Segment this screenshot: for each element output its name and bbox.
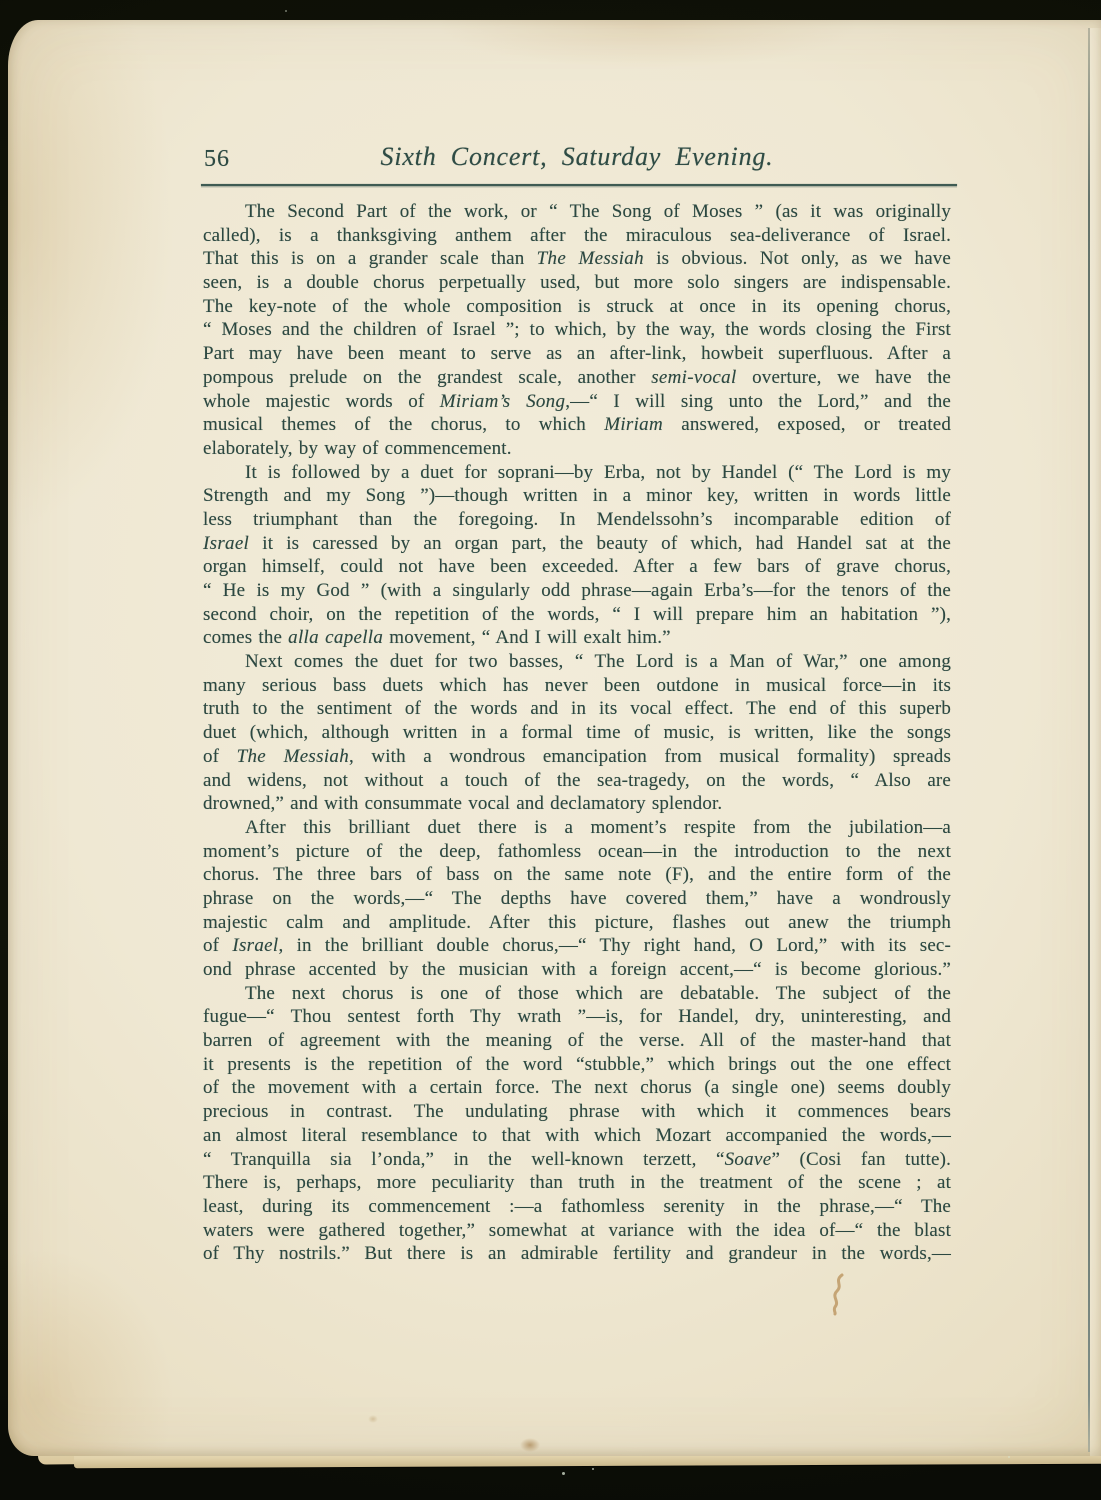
stain-soft: [368, 1415, 378, 1423]
text-line: comes the alla capella movement, “ And I…: [203, 626, 951, 650]
text-line: called), is a thanksgiving anthem after …: [203, 224, 951, 248]
book-page: 56 Sixth Concert, Saturday Evening. The …: [8, 20, 1101, 1456]
text-line: “ Moses and the children of Israel ”; to…: [203, 318, 951, 342]
text-line: It is followed by a duet for soprani—by …: [203, 461, 951, 485]
stain-spot: [520, 1438, 540, 1452]
text-line: duet (which, although written in a forma…: [203, 721, 951, 745]
text-line: moment’s picture of the deep, fathomless…: [203, 840, 951, 864]
text-line: many serious bass duets which has never …: [203, 674, 951, 698]
text-line: musical themes of the chorus, to which M…: [203, 413, 951, 437]
text-line: less triumphant than the foregoing. In M…: [203, 508, 951, 532]
header-rule: [201, 184, 957, 186]
text-line: drowned,” and with consummate vocal and …: [203, 792, 951, 816]
text-line: “ He is my God ” (with a singularly odd …: [203, 579, 951, 603]
text-line: After this brilliant duet there is a mom…: [203, 816, 951, 840]
text-line: Israel it is caressed by an organ part, …: [203, 532, 951, 556]
text-line: an almost literal resemblance to that wi…: [203, 1124, 951, 1148]
text-line: Next comes the duet for two basses, “ Th…: [203, 650, 951, 674]
text-line: Strength and my Song ”)—though written i…: [203, 484, 951, 508]
text-line: organ himself, could not have been excee…: [203, 555, 951, 579]
text-line: That this is on a grander scale than The…: [203, 247, 951, 271]
text-line: elaborately, by way of commencement.: [203, 437, 951, 461]
text-line: fugue—“ Thou sentest forth Thy wrath ”—i…: [203, 1005, 951, 1029]
text-line: The key-note of the whole composition is…: [203, 295, 951, 319]
text-line: pompous prelude on the grandest scale, a…: [203, 366, 951, 390]
dust-speck: [285, 10, 287, 12]
text-line: waters were gathered together,” somewhat…: [203, 1219, 951, 1243]
text-line: and widens, not without a touch of the s…: [203, 769, 951, 793]
running-header: Sixth Concert, Saturday Evening.: [203, 141, 951, 173]
text-line: second choir, on the repetition of the w…: [203, 603, 951, 627]
text-line: least, during its commencement :—a fatho…: [203, 1195, 951, 1219]
dust-speck: [1008, 1456, 1010, 1458]
body-text: The Second Part of the work, or “ The So…: [203, 200, 951, 1266]
ink-squiggle-mark: [826, 1272, 854, 1316]
text-line: ond phrase accented by the musician with…: [203, 958, 951, 982]
text-line: phrase on the words,—“ The depths have c…: [203, 887, 951, 911]
text-line: of the movement with a certain force. Th…: [203, 1076, 951, 1100]
text-line: majestic calm and amplitude. After this …: [203, 911, 951, 935]
dust-speck: [562, 1472, 565, 1475]
dust-speck: [592, 1468, 594, 1470]
text-line: “ Tranquilla sia l’onda,” in the well-kn…: [203, 1148, 951, 1172]
text-line: of Israel, in the brilliant double choru…: [203, 934, 951, 958]
text-line: truth to the sentiment of the words and …: [203, 697, 951, 721]
text-line: barren of agreement with the meaning of …: [203, 1029, 951, 1053]
text-line: There is, perhaps, more peculiarity than…: [203, 1171, 951, 1195]
text-line: seen, is a double chorus perpetually use…: [203, 271, 951, 295]
page-edge-stack: [8, 20, 25, 1456]
book-photo: 56 Sixth Concert, Saturday Evening. The …: [0, 0, 1101, 1500]
text-line: it presents is the repetition of the wor…: [203, 1053, 951, 1077]
text-line: The Second Part of the work, or “ The So…: [203, 200, 951, 224]
text-line: of The Messiah, with a wondrous emancipa…: [203, 745, 951, 769]
text-line: chorus. The three bars of bass on the sa…: [203, 863, 951, 887]
text-line: of Thy nostrils.” But there is an admira…: [203, 1242, 951, 1266]
text-line: precious in contrast. The undulating phr…: [203, 1100, 951, 1124]
next-page-edge: [1090, 28, 1101, 1456]
text-line: whole majestic words of Miriam’s Song,—“…: [203, 390, 951, 414]
text-line: Part may have been meant to serve as an …: [203, 342, 951, 366]
text-line: The next chorus is one of those which ar…: [203, 982, 951, 1006]
